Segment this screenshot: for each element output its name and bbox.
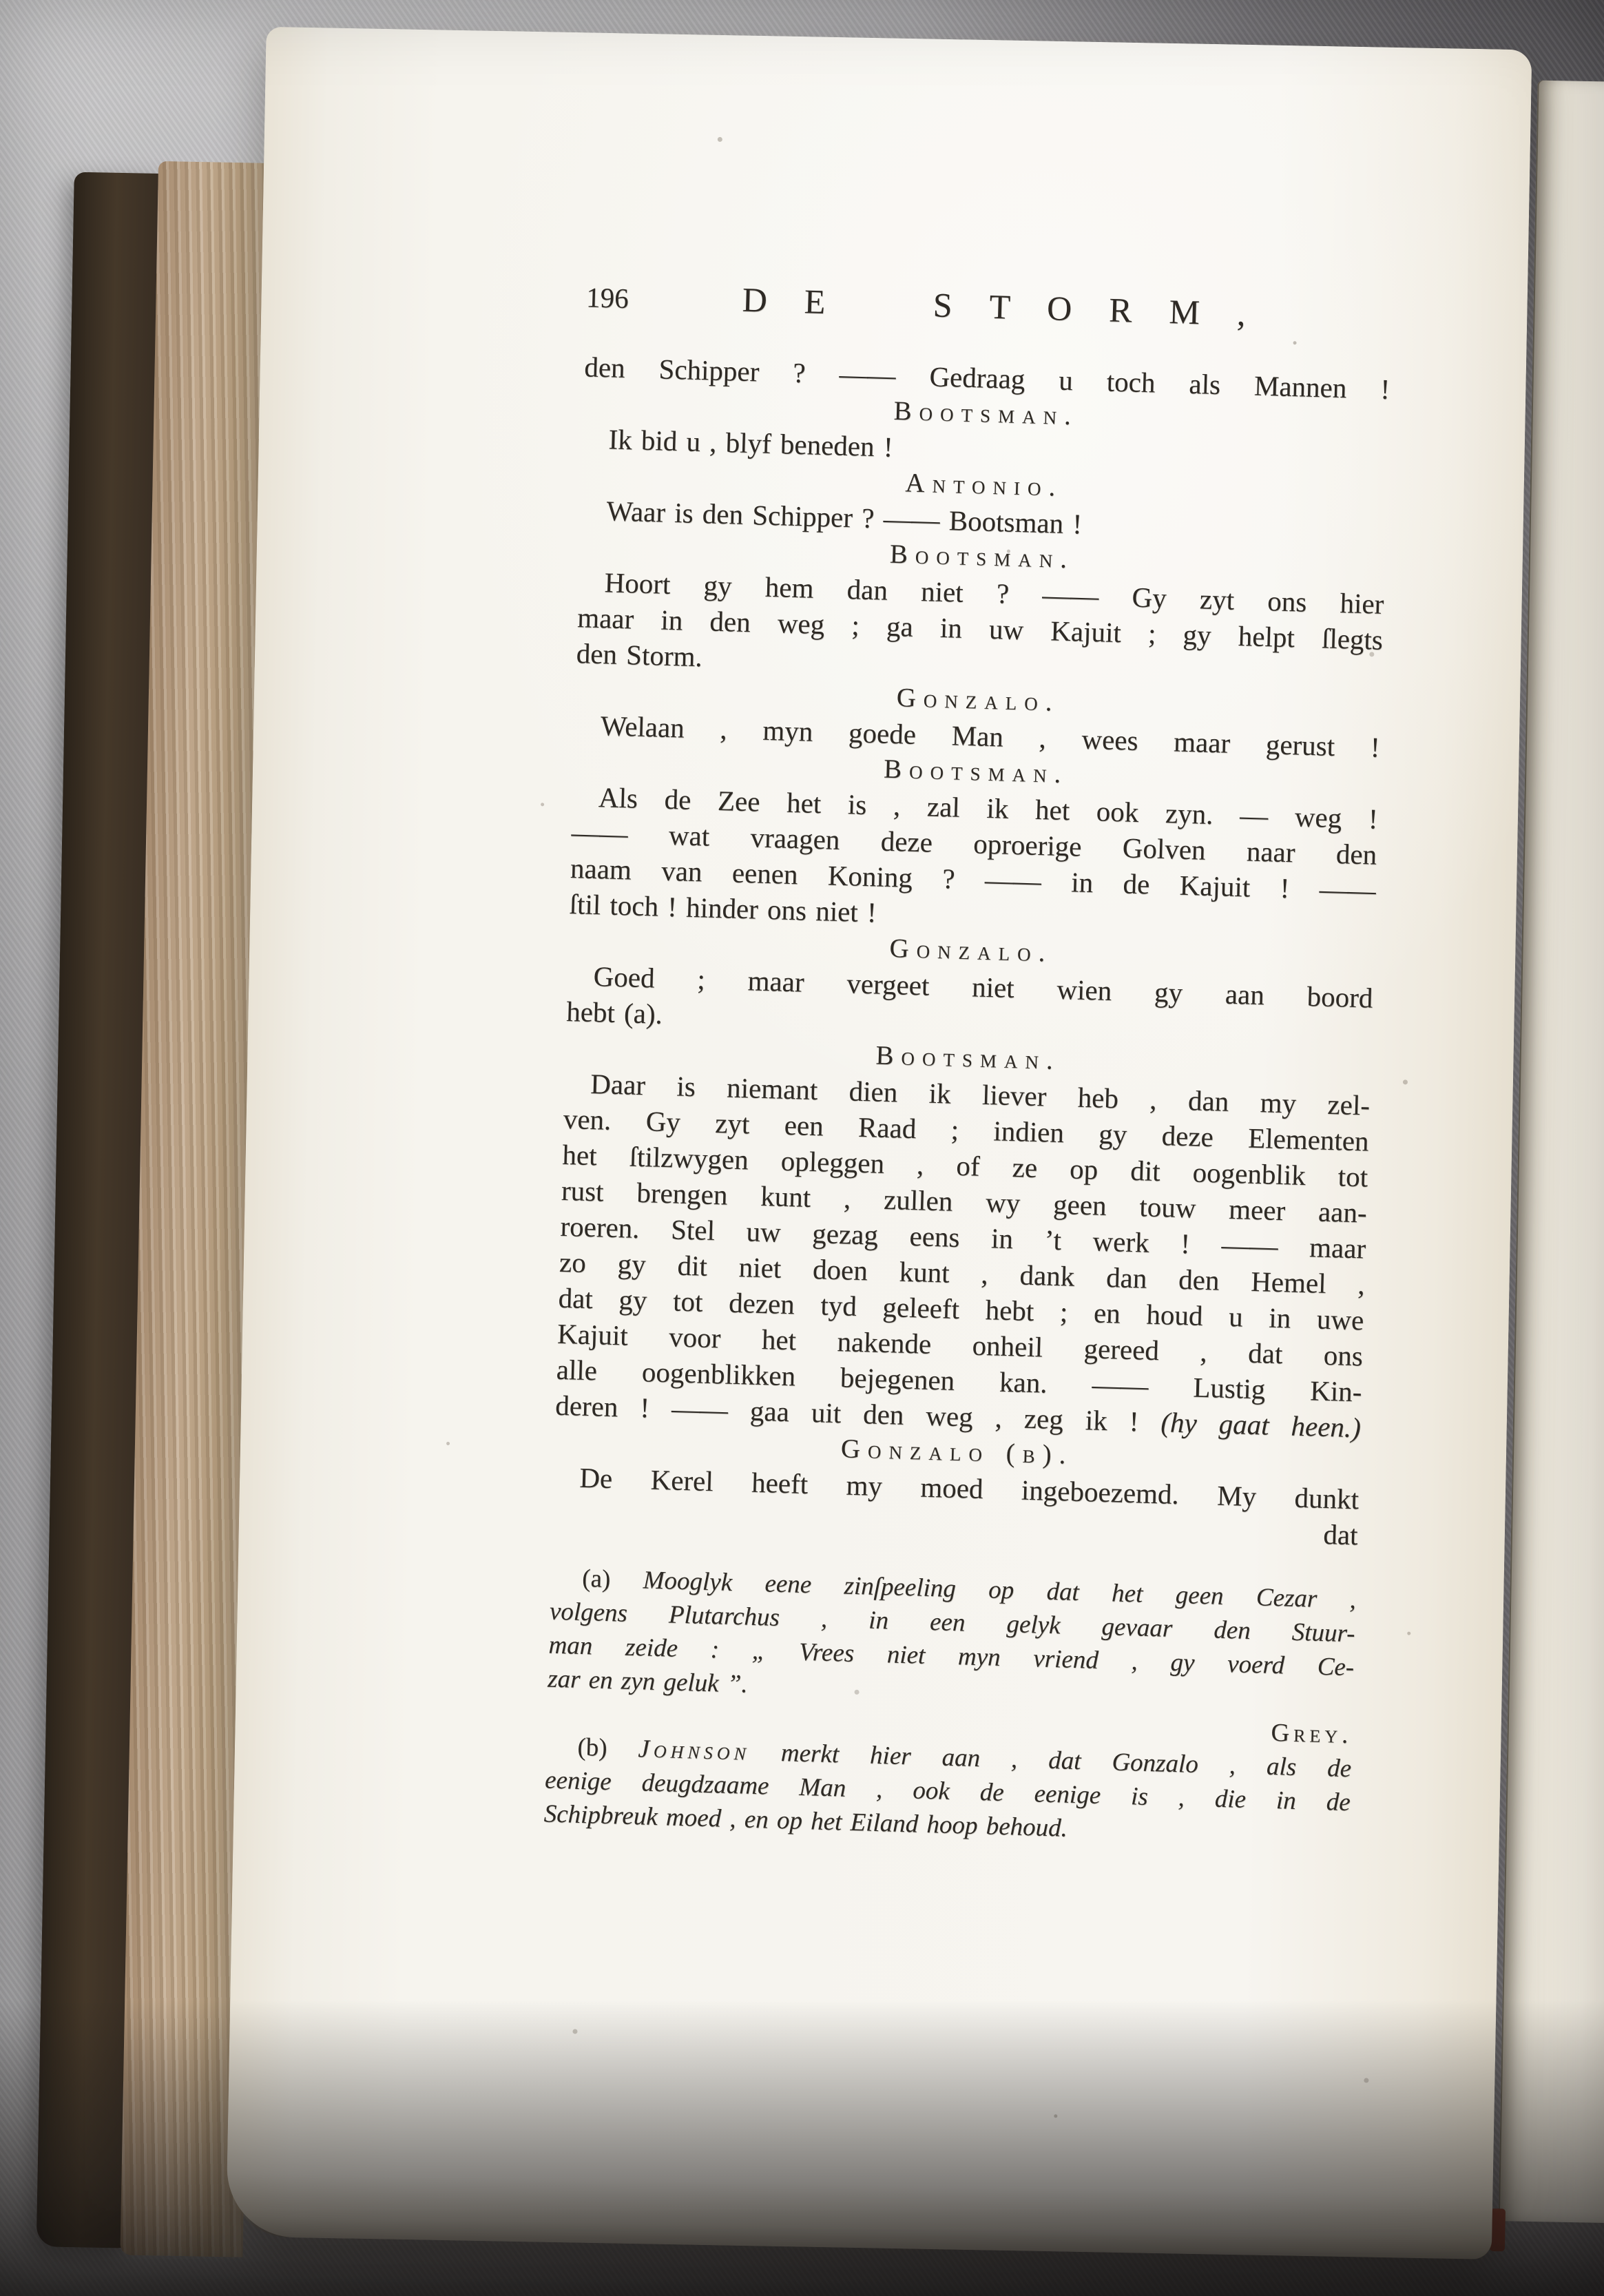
printed-text: 196 DE STORM, den Schipper ? —— Gedraag …: [543, 275, 1393, 1853]
book-page: 196 DE STORM, den Schipper ? —— Gedraag …: [226, 27, 1532, 2259]
book-photo: 196 DE STORM, den Schipper ? —— Gedraag …: [0, 0, 1604, 2296]
page-header: 196 DE STORM,: [586, 275, 1393, 340]
running-title: DE STORM,: [742, 280, 1283, 335]
dialogue-text: den Schipper ? —— Gedraag u toch als Man…: [552, 349, 1390, 1553]
footnotes: (a) Mooglyk eene zinſpeeling op dat het …: [543, 1561, 1356, 1854]
paper-specks: [267, 27, 269, 29]
open-book: 196 DE STORM, den Schipper ? —— Gedraag …: [17, 6, 1604, 2294]
bottom-shadow: [0, 2000, 1604, 2296]
page-number: 196: [586, 277, 629, 318]
